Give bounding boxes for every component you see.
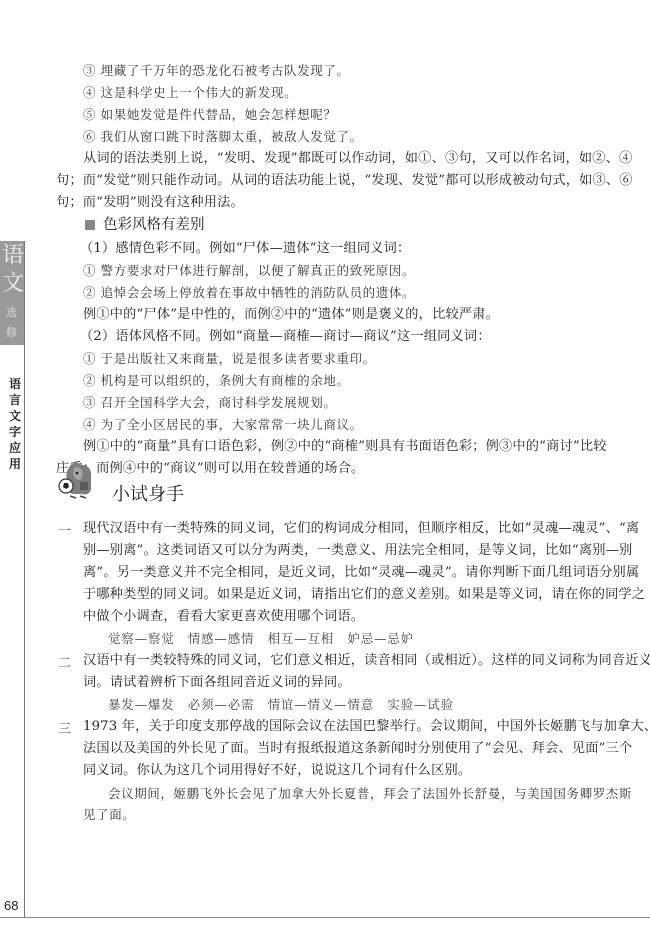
example-sentence: ② 追悼会会场上停放着在事故中牺牲的消防队员的遗体。 (83, 284, 415, 302)
exercise-line: 同义词。你认为这几个词用得好不好，说说这几个词有什么区别。 (83, 762, 471, 780)
example-sentence: ④ 为了全小区居民的事，大家常常一块儿商议。 (83, 416, 363, 434)
example-sentence: ⑤ 如果她发觉是件代替品，她会怎样想呢？ (83, 106, 336, 124)
subsection-heading-text: 色彩风格有差别 (103, 217, 205, 233)
example-sentence: ① 于是出版社又来商量，说是很多读者要求重印。 (83, 350, 376, 368)
vertical-title-char: 用 (8, 456, 22, 472)
analysis-line: 句；而“发觉”则只能作动词。从词的语法功能上说，“发现、发觉”都可以形成被动句式… (56, 172, 633, 190)
analysis-line: 从词的语法类别上说，“发明、发现”都既可以作动词，如①、③句，又可以作名词，如②… (83, 150, 632, 168)
news-quote: 见了面。 (83, 806, 135, 824)
point-conclusion: 例①中的“尸体”是中性的，而例②中的“遗体”则是褒义的，比较严肃。 (83, 306, 499, 324)
footer-rule (0, 917, 650, 918)
side-tab-char: 文 (2, 273, 24, 295)
example-sentence: ⑥ 我们从窗口跳下时落脚太重，被敌人发觉了。 (83, 128, 363, 146)
side-tab-char: 语 (2, 245, 24, 267)
exercise-number: 三 (58, 718, 71, 737)
exercise-line: 中做个小调查，看看大家更喜欢使用哪个词语。 (83, 608, 364, 626)
textbook-page: 语 文 选 修 语 言 文 字 应 用 68 ③ 埋藏了千万年的恐龙化石被考古队… (0, 0, 650, 928)
vertical-title-char: 语 (8, 376, 22, 392)
exercise-line: 离”。另一类意义并不完全相同，是近义词，比如“灵魂—魂灵”。请你判断下面几组词语… (83, 564, 639, 582)
vertical-book-title: 语 言 文 字 应 用 (8, 376, 22, 472)
point-intro: （2）语体风格不同。例如“商量—商榷—商讨—商议”这一组同义词： (80, 328, 491, 346)
example-sentence: ① 警方要求对尸体进行解剖，以便了解真正的致死原因。 (83, 262, 415, 280)
point-conclusion: 例①中的“商量”具有口语色彩，例②中的“商榷”则具有书面语色彩；例③中的“商讨”… (83, 438, 607, 456)
word-pairs: 暴发—爆发 必须—必需 情谊—情义—情意 实验—试验 (108, 696, 454, 714)
subsection-heading: 色彩风格有差别 (85, 216, 205, 234)
example-sentence: ④ 这是科学史上一个伟大的新发现。 (83, 84, 297, 102)
section-title: 小试身手 (112, 480, 184, 506)
exercise-number: 一 (58, 520, 71, 539)
exercise-line: 于哪种类型的同义词。如果是近义词，请指出它们的意义差别。如果是等义词，请在你的同… (83, 586, 645, 604)
example-sentence: ③ 召开全国科学大会，商讨科学发展规划。 (83, 394, 336, 412)
mascot-soccer-icon (58, 460, 94, 500)
vertical-title-char: 文 (8, 408, 22, 424)
exercise-line: 1973 年，关于印度支那停战的国际会议在法国巴黎举行。会议期间，中国外长姬鹏飞… (83, 718, 650, 736)
vertical-title-char: 字 (8, 424, 22, 440)
margin-divider (24, 241, 25, 918)
example-sentence: ② 机构是可以组织的，条例大有商榷的余地。 (83, 372, 350, 390)
analysis-line: 句；而“发明”则没有这种用法。 (56, 194, 244, 212)
example-sentence: ③ 埋藏了千万年的恐龙化石被考古队发现了。 (83, 62, 350, 80)
exercise-line: 别—别离”。这类词语又可以分为两类，一类意义、用法完全相同，是等义词，比如“离别… (83, 542, 632, 560)
chapter-side-tab: 语 文 选 修 (0, 241, 24, 345)
exercise-line: 汉语中有一类较特殊的同义词，它们意义相近，读音相同（或相近）。这样的同义词称为同… (83, 652, 650, 670)
exercise-number: 二 (58, 652, 71, 671)
page-number: 68 (4, 898, 18, 913)
exercise-line: 词。请试着辨析下面各组同音近义词的异同。 (83, 674, 351, 692)
square-bullet-icon (85, 220, 95, 230)
exercise-line: 法国以及美国的外长见了面。当时有报纸报道这条新闻时分别使用了“会见、拜会、见面”… (83, 740, 632, 758)
point-intro: （1）感情色彩不同。例如“尸体—遗体”这一组同义词： (80, 240, 410, 258)
side-tab-small-char: 修 (6, 327, 17, 339)
vertical-title-char: 应 (8, 440, 22, 456)
exercise-line: 现代汉语中有一类特殊的同义词，它们的构词成分相同，但顺序相反，比如“灵魂—魂灵”… (83, 520, 639, 538)
point-conclusion: 庄重；而例④中的“商议”则可以用在较普通的场合。 (56, 460, 364, 478)
news-quote: 会议期间，姬鹏飞外长会见了加拿大外长夏普，拜会了法国外长舒曼，与美国国务卿罗杰斯 (108, 785, 632, 803)
vertical-title-char: 言 (8, 392, 22, 408)
side-tab-small-char: 选 (6, 307, 17, 319)
word-pairs: 觉察—察觉 情感—感情 相互—互相 妒忌—忌妒 (108, 630, 414, 648)
